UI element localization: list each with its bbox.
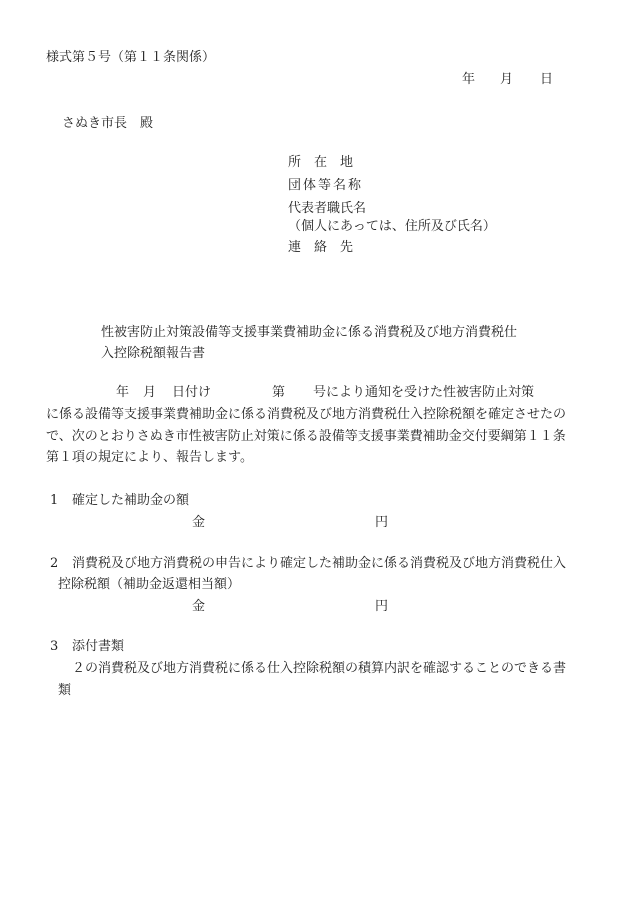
body-year: 年 <box>116 385 129 401</box>
item-1-label: 確定した補助金の額 <box>72 493 189 509</box>
item-1-amount-suffix: 円 <box>375 515 388 531</box>
item-2-label-line-1: 消費税及び地方消費税の申告により確定した補助金に係る消費税及び地方消費税仕入 <box>72 556 566 572</box>
body-line-1-rest: 号により通知を受けた性被害防止対策 <box>313 385 534 401</box>
item-3-desc-line-2: 類 <box>58 683 71 699</box>
body-month: 月 <box>143 385 156 401</box>
item-1-amount-prefix: 金 <box>192 515 205 531</box>
item-1-number: 1 <box>50 493 58 509</box>
item-3-label: 添付書類 <box>72 639 124 655</box>
body-line-4: 第１項の規定により、報告します。 <box>46 450 253 466</box>
form-number: 様式第５号（第１１条関係） <box>46 50 215 66</box>
org-name-label: 団体等名称 <box>288 178 363 194</box>
representative-label: 代表者職氏名 <box>288 201 366 217</box>
title-line-1: 性被害防止対策設備等支援事業費補助金に係る消費税及び地方消費税仕 <box>101 325 517 341</box>
item-2-label-line-2: 控除税額（補助金返還相当額） <box>58 577 240 593</box>
individual-note: （個人にあっては、住所及び氏名） <box>288 219 496 235</box>
address-label: 所 在 地 <box>288 155 353 171</box>
contact-label: 連 絡 先 <box>288 240 353 256</box>
item-2-amount-suffix: 円 <box>375 599 388 615</box>
body-line-2: に係る設備等支援事業費補助金に係る消費税及び地方消費税仕入控除税額を確定させたの <box>46 407 566 423</box>
body-day: 日付け <box>172 385 211 401</box>
date-day: 日 <box>540 72 553 88</box>
body-line-3: で、次のとおりさぬき市性被害防止対策に係る設備等支援事業費補助金交付要綱第１１条 <box>46 429 566 445</box>
item-2-amount-prefix: 金 <box>192 599 205 615</box>
item-2-number: 2 <box>50 556 58 572</box>
date-year: 年 <box>462 72 475 88</box>
addressee: さぬき市長 殿 <box>62 116 153 132</box>
date-month: 月 <box>500 72 513 88</box>
item-3-number: 3 <box>50 639 58 655</box>
item-3-desc-line-1: ２の消費税及び地方消費税に係る仕入控除税額の積算内訳を確認することのできる書 <box>72 661 566 677</box>
title-line-2: 入控除税額報告書 <box>101 346 205 362</box>
body-number-prefix: 第 <box>272 385 285 401</box>
